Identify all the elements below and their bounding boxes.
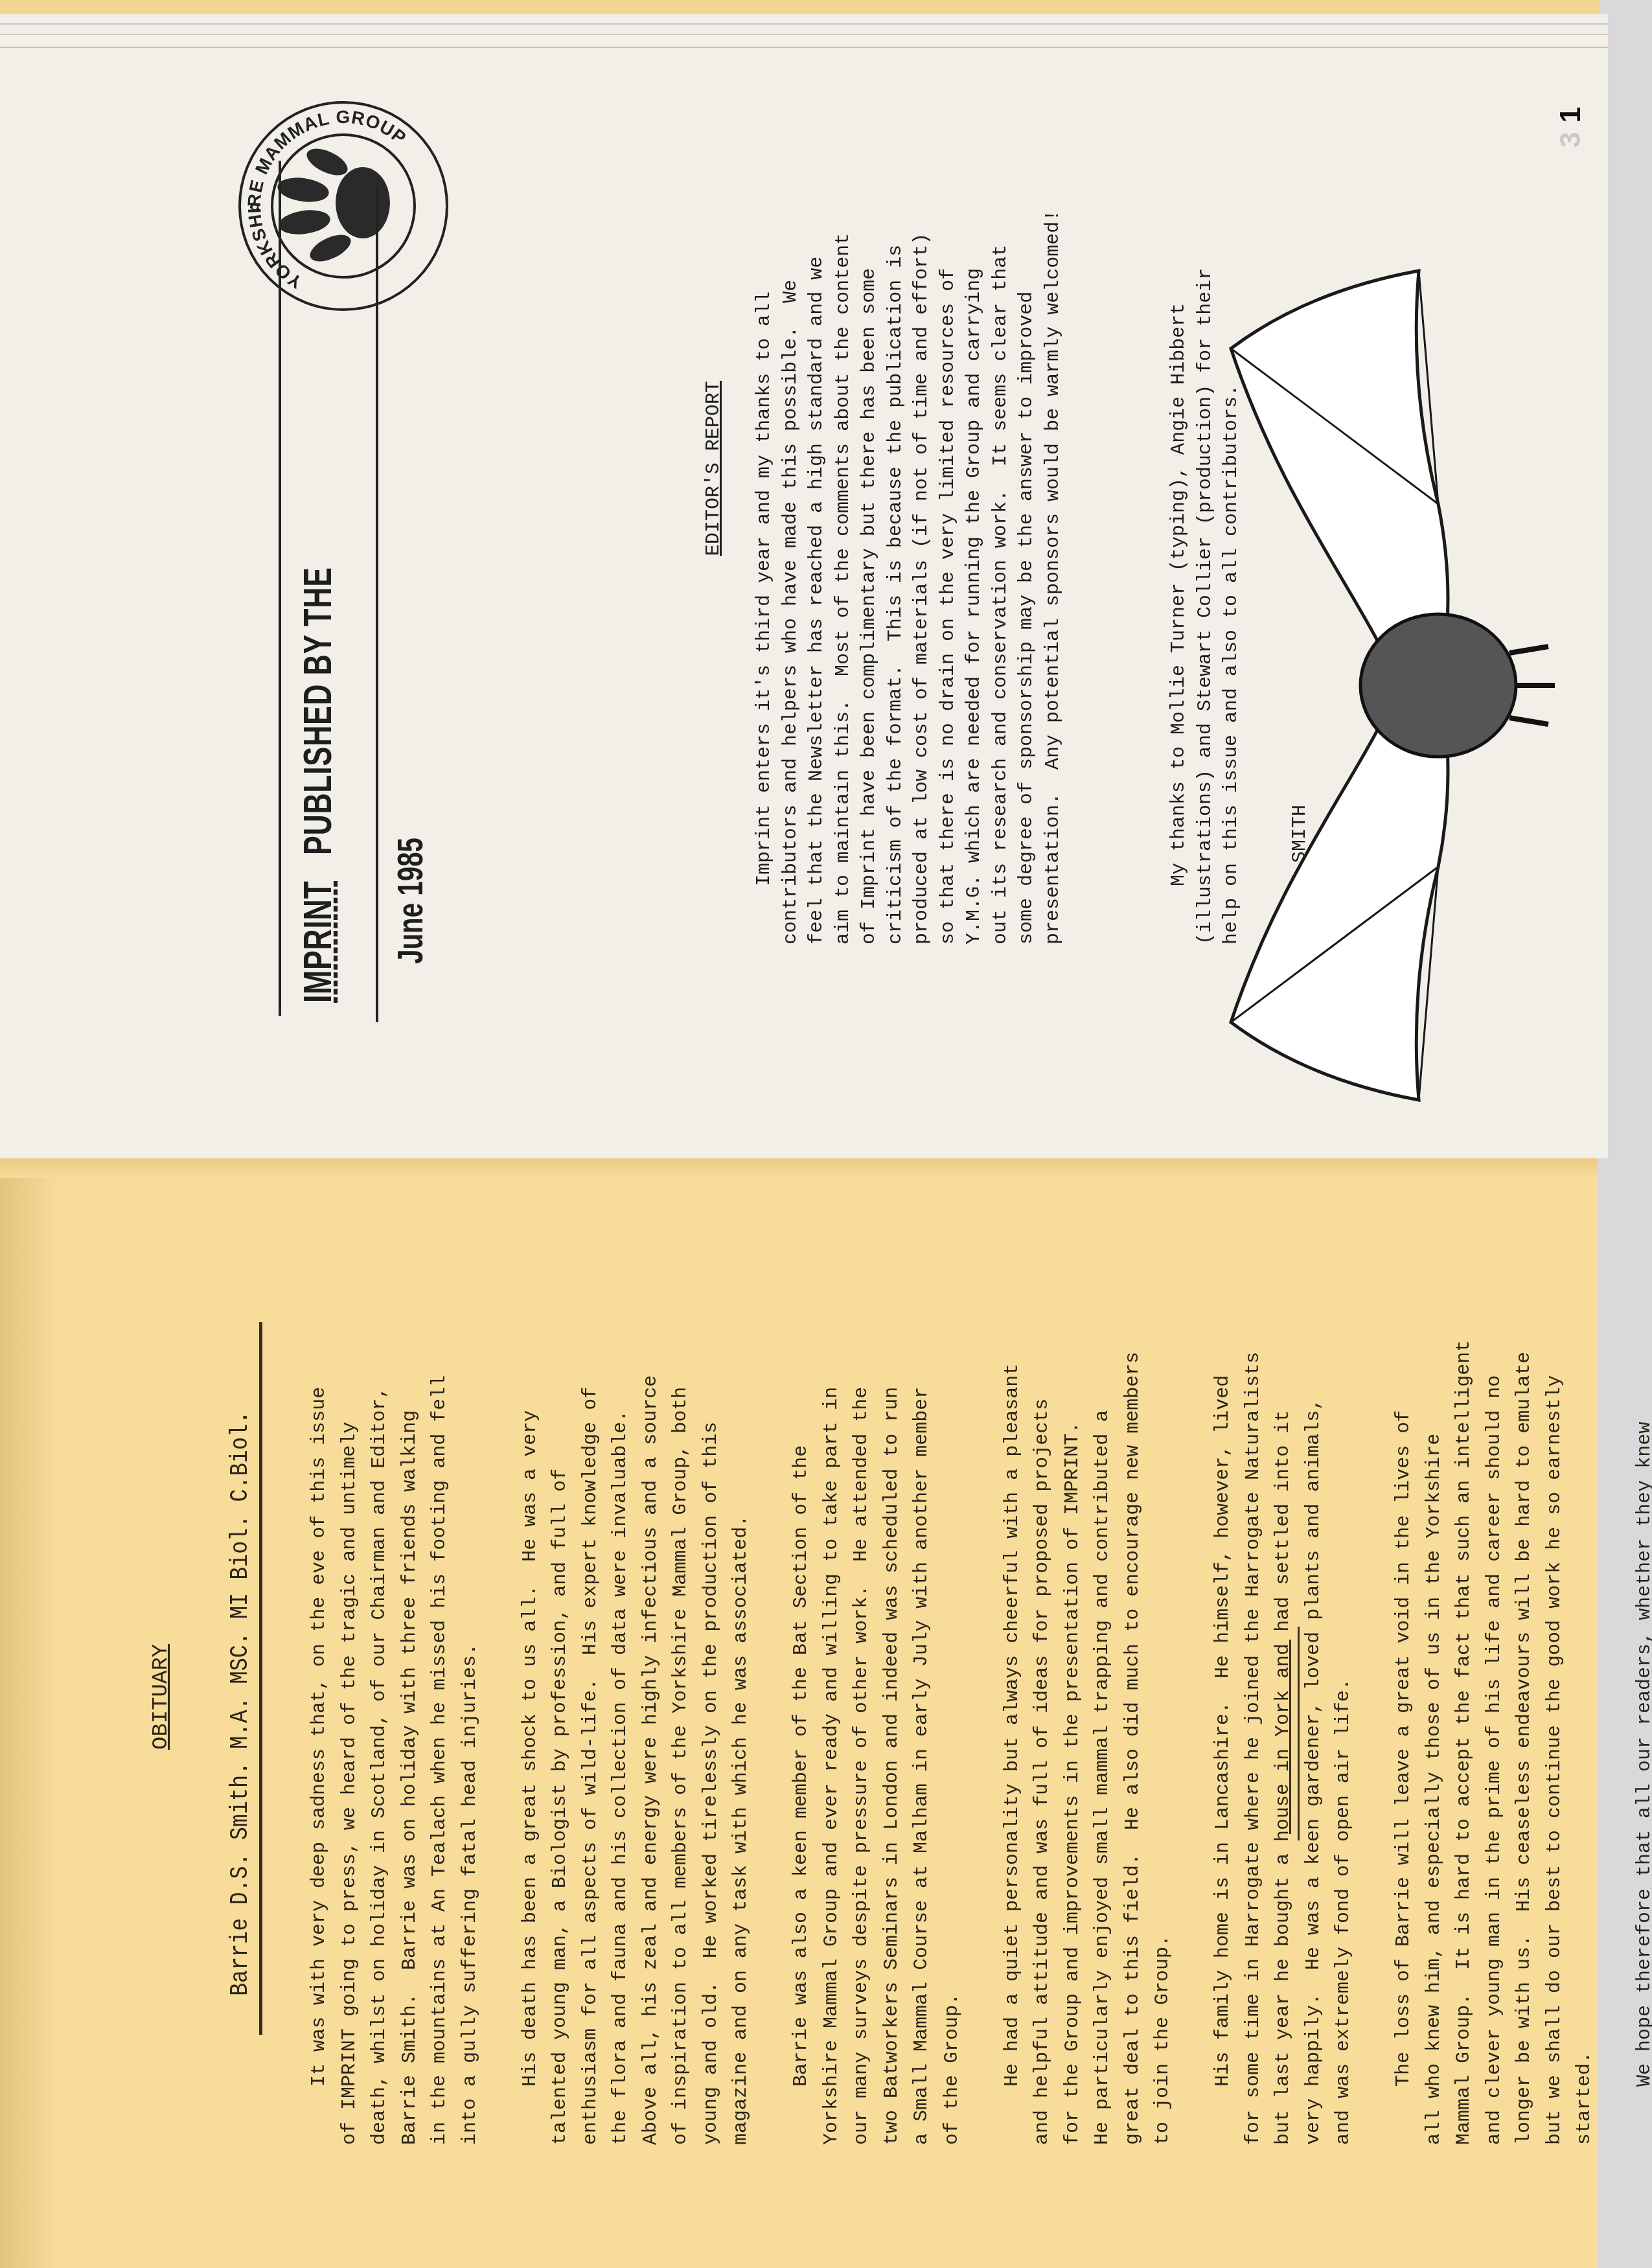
obituary-body: It was with very deep sadness that, on t… bbox=[304, 1173, 1652, 2145]
text-line: two Batworkers Seminars in London and in… bbox=[877, 1173, 908, 2145]
text-line: for some time in Harrogate where he join… bbox=[1239, 1173, 1269, 2145]
text-line: and clever young man in the prime of his… bbox=[1480, 1173, 1510, 2145]
text-line: death, whilst on holiday in Scotland, of… bbox=[365, 1173, 395, 2145]
text-line: of inspiration to all members of the Yor… bbox=[666, 1173, 696, 2145]
text-line: aim to maintain this. Most of the commen… bbox=[831, 102, 857, 945]
masthead-rule-top bbox=[279, 161, 281, 1016]
text-line: The loss of Barrie will leave a great vo… bbox=[1389, 1173, 1419, 2145]
paw-print-icon bbox=[276, 143, 390, 267]
text-line: enthusiasm for all aspects of wild-life.… bbox=[576, 1173, 606, 2145]
text-line: Barrie Smith. Barrie was on holiday with… bbox=[395, 1173, 426, 2145]
text-line: He particularly enjoyed small mammal tra… bbox=[1088, 1173, 1118, 2145]
bat-illustration bbox=[1205, 232, 1568, 1139]
text-line: for the Group and improvements in the pr… bbox=[1058, 1173, 1088, 2145]
obituary-heading: OBITUARY bbox=[149, 1644, 174, 1750]
text-line: We hope therefore that all our readers, … bbox=[1630, 1173, 1652, 2145]
text-line: young and old. He worked tirelessly on t… bbox=[696, 1173, 727, 2145]
text-line: Yorkshire Mammal Group and ever ready an… bbox=[817, 1173, 847, 2145]
page-number: 31 bbox=[1555, 107, 1587, 148]
text-line: longer be with us. His ceaseless endeavo… bbox=[1509, 1173, 1540, 2145]
text-line: His family home is in Lancashire. He him… bbox=[1208, 1173, 1239, 2145]
text-line: criticism of the format. This is because… bbox=[883, 102, 910, 945]
text-line: some degree of sponsorship may be the an… bbox=[1014, 102, 1040, 945]
imprint-cover-page: 31 YORKSHIRE MAMMAL GROUP ✿ IMPRINT PUBL… bbox=[0, 14, 1608, 1158]
text-line: Above all, his zeal and energy were high… bbox=[636, 1173, 667, 2145]
text-line: the flora and fauna and his collection o… bbox=[606, 1173, 636, 2145]
text-line: of IMPRINT going to press, we heard of t… bbox=[335, 1173, 365, 2145]
text-line: Barrie was also a keen member of the Bat… bbox=[786, 1173, 817, 2145]
text-line: into a gully suffering fatal head injuri… bbox=[455, 1173, 486, 2145]
end-rule bbox=[1289, 1640, 1291, 1834]
text-line: presentation. Any potential sponsors wou… bbox=[1040, 102, 1067, 945]
ghost-page-number: 3 bbox=[1555, 132, 1587, 148]
text-line: and was extremely fond of open air life. bbox=[1329, 1173, 1359, 2145]
text-line: contributors and helpers who have made t… bbox=[778, 102, 805, 945]
masthead-title: IMPRINT PUBLISHED BY THE bbox=[295, 567, 341, 1003]
rose-icon: ✿ bbox=[247, 201, 262, 212]
text-line bbox=[1359, 1173, 1390, 2145]
text-line: feel that the Newsletter has reached a h… bbox=[804, 102, 831, 945]
text-line: but we shall do our best to continue the… bbox=[1540, 1173, 1570, 2145]
text-line: Imprint enters it's third year and my th… bbox=[751, 102, 778, 945]
text-line bbox=[967, 1173, 998, 2145]
text-line bbox=[485, 1173, 516, 2145]
text-line: but last year he bought a house in York … bbox=[1268, 1173, 1299, 2145]
name-underline bbox=[259, 1322, 262, 2035]
editors-report-heading: EDITOR'S REPORT bbox=[703, 381, 725, 556]
yorkshire-mammal-group-logo: YORKSHIRE MAMMAL GROUP ✿ bbox=[233, 96, 453, 316]
obituary-page: OBITUARY Barrie D.S. Smith. M.A. MSC. MI… bbox=[0, 1158, 1598, 2268]
text-line bbox=[1600, 1173, 1631, 2145]
obituary-content: OBITUARY Barrie D.S. Smith. M.A. MSC. MI… bbox=[0, 1158, 1598, 2268]
obituary-name: Barrie D.S. Smith. M.A. MSC. MI Biol. C.… bbox=[227, 1411, 255, 1996]
text-line bbox=[1178, 1173, 1209, 2145]
text-line: It was with very deep sadness that, on t… bbox=[304, 1173, 335, 2145]
text-line: Y.M.G. which are needed for running the … bbox=[961, 102, 988, 945]
text-line: so that there is no drain on the very li… bbox=[935, 102, 962, 945]
end-rule bbox=[1298, 1627, 1300, 1840]
text-line: His death has been a great shock to us a… bbox=[516, 1173, 546, 2145]
text-line: produced at low cost of materials (if no… bbox=[909, 102, 935, 945]
text-line: and helpful attitude and was full of ide… bbox=[1027, 1173, 1058, 2145]
cover-page-content: 31 YORKSHIRE MAMMAL GROUP ✿ IMPRINT PUBL… bbox=[0, 14, 1608, 1158]
text-line: all who knew him, and especially those o… bbox=[1419, 1173, 1450, 2145]
issue-date: June 1985 bbox=[389, 838, 431, 964]
editors-report-body: Imprint enters it's third year and my th… bbox=[751, 102, 1066, 945]
text-line: talented young man, a Biologist by profe… bbox=[545, 1173, 576, 2145]
text-line: My thanks to Mollie Turner (typing), Ang… bbox=[1166, 268, 1193, 945]
text-line bbox=[757, 1173, 787, 2145]
text-line: great deal to this field. He also did mu… bbox=[1118, 1173, 1149, 2145]
text-line: of the Group. bbox=[937, 1173, 968, 2145]
text-line: He had a quiet personality but always ch… bbox=[998, 1173, 1028, 2145]
text-line: magazine and on any task with which he w… bbox=[726, 1173, 757, 2145]
text-line: our many surveys despite pressure of oth… bbox=[847, 1173, 877, 2145]
text-line: out its research and conservation work. … bbox=[988, 102, 1015, 945]
text-line: of Imprint have been complimentary but t… bbox=[856, 102, 883, 945]
text-line: Mammal Group. It is hard to accept the f… bbox=[1449, 1173, 1480, 2145]
text-line: started. bbox=[1570, 1173, 1600, 2145]
yellow-page-edge-strip bbox=[0, 0, 1600, 14]
masthead-rule-bottom bbox=[376, 187, 378, 1022]
text-line: a Small Mammal Course at Malham in early… bbox=[907, 1173, 937, 2145]
text-line: in the mountains at An Tealach when he m… bbox=[425, 1173, 455, 2145]
text-line: very happily. He was a keen gardener, lo… bbox=[1299, 1173, 1329, 2145]
text-line: to join the Group. bbox=[1148, 1173, 1178, 2145]
